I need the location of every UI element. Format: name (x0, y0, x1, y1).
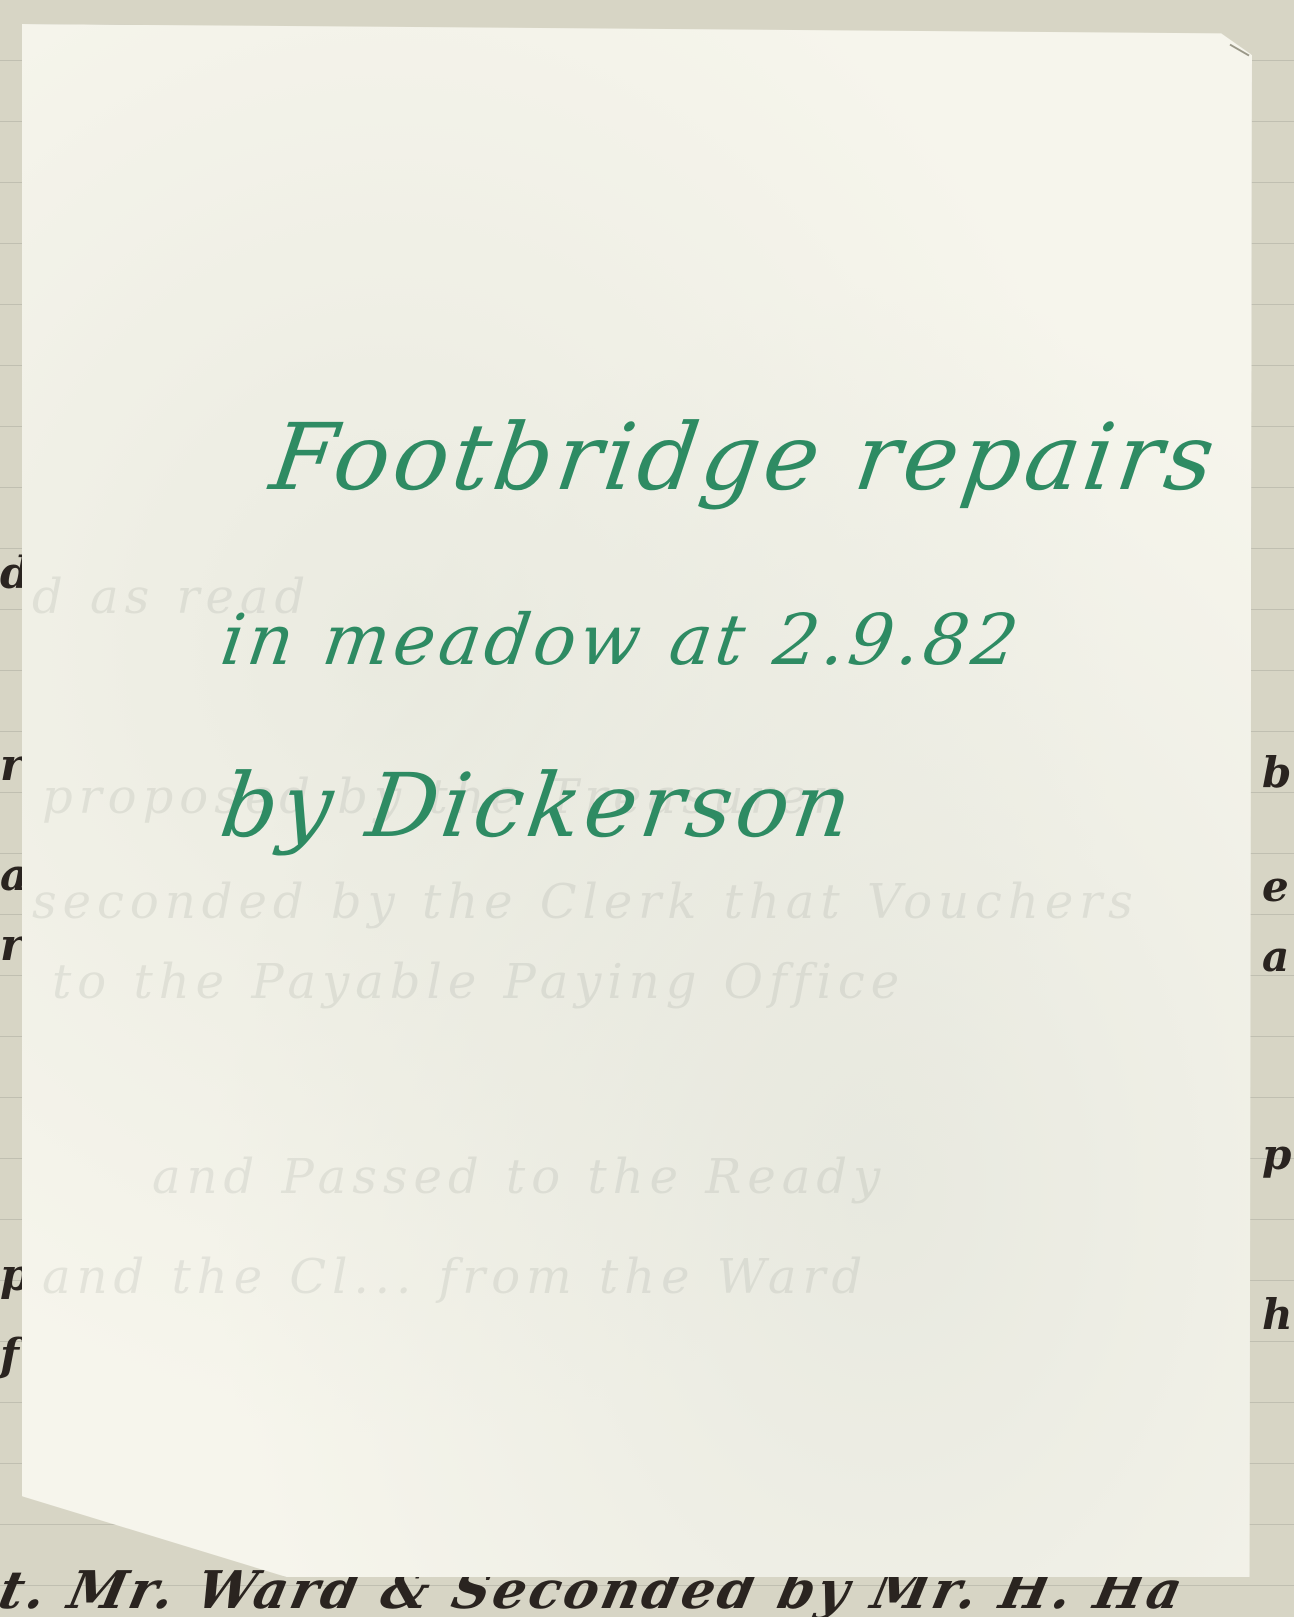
ledger-left-fragment: r (0, 920, 23, 971)
pasted-note: d as read proposed by the Treasurer seco… (22, 24, 1252, 1577)
ledger-right-fragment: p (1262, 1130, 1291, 1179)
ledger-right-fragment: a (1262, 932, 1289, 981)
note-line-signature: by Dickerson (215, 754, 862, 857)
bleed-through-text: and Passed to the Ready (152, 1149, 886, 1205)
ledger-right-fragment: b (1262, 748, 1291, 797)
ledger-left-fragment: f (0, 1330, 19, 1381)
note-line-location-date: in meadow at 2.9.82 (216, 599, 1027, 681)
bleed-through-text: to the Payable Paying Office (52, 954, 905, 1010)
ledger-right-fragment: e (1262, 862, 1289, 911)
ledger-left-fragment: r (0, 740, 23, 791)
ledger-right-fragment: h (1262, 1290, 1293, 1339)
bleed-through-text: seconded by the Clerk that Vouchers (32, 874, 1139, 930)
note-line-title: Footbridge repairs (264, 404, 1224, 511)
bleed-through-text: and the Cl... from the Ward (42, 1249, 868, 1305)
